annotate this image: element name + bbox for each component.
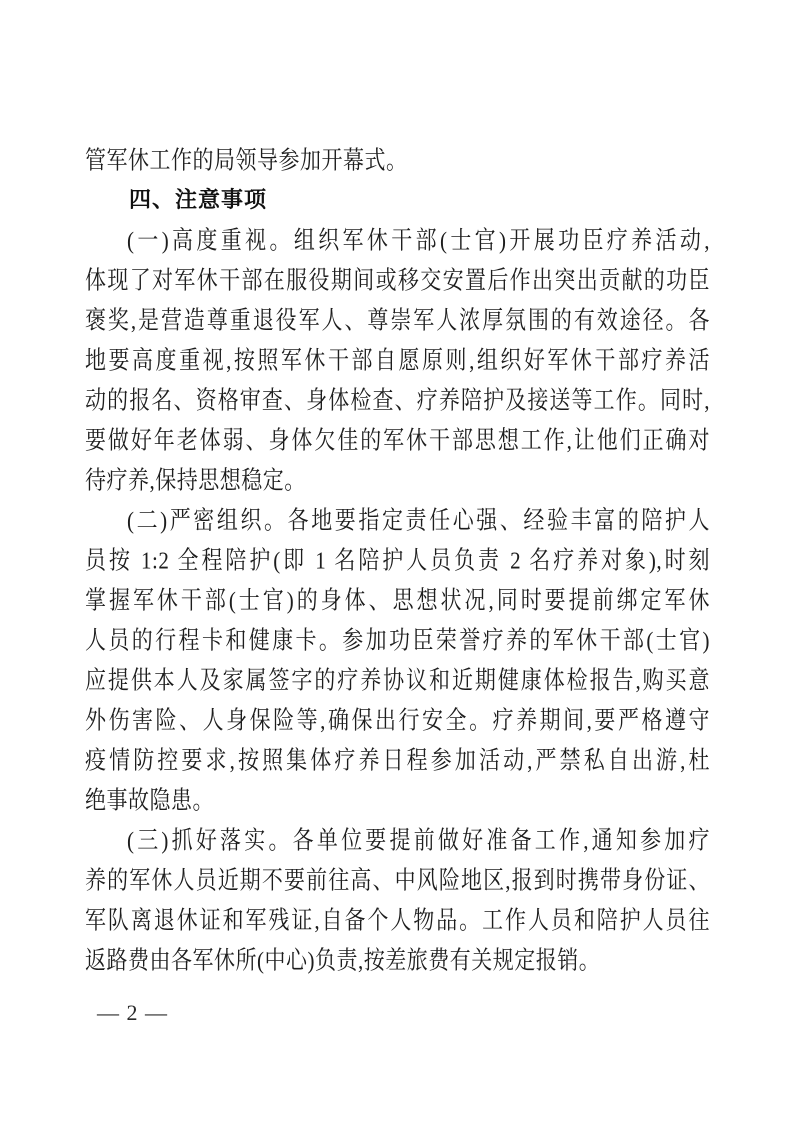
document-page: 管军休工作的局领导参加开幕式。四、注意事项(一)高度重视。组织军休干部(士官)开… xyxy=(0,0,793,1122)
section-heading: 四、注意事项 xyxy=(85,180,710,220)
text-line: 管军休工作的局领导参加开幕式。 xyxy=(85,136,710,183)
text-line: 返路费由各军休所(中心)负责,按差旅费有关规定报销。 xyxy=(85,936,710,983)
document-body: 管军休工作的局领导参加开幕式。四、注意事项(一)高度重视。组织军休干部(士官)开… xyxy=(85,140,710,980)
page-number: — 2 — xyxy=(97,993,168,1033)
